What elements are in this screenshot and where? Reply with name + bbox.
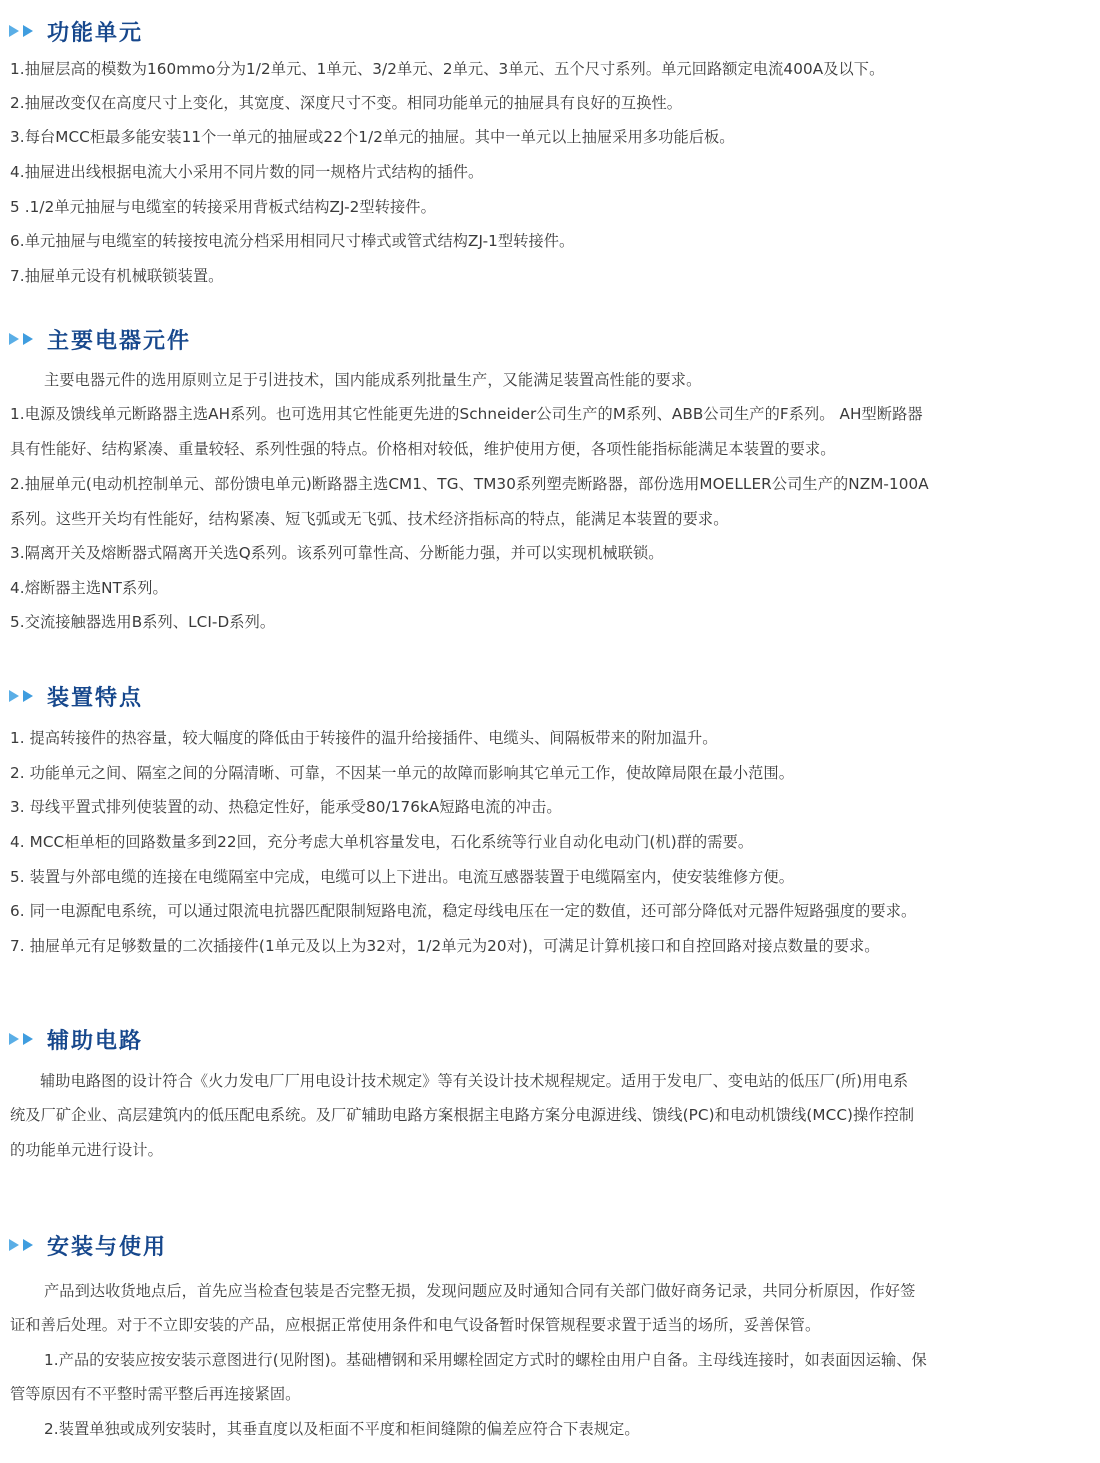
- paragraph-line: 2.抽屉改变仅在高度尺寸上变化，其宽度、深度尺寸不变。相同功能单元的抽屉具有良好…: [10, 93, 682, 113]
- paragraph-line: 证和善后处理。对于不立即安装的产品，应根据正常使用条件和电气设备暂时保管规程要求…: [10, 1315, 820, 1335]
- paragraph-line: 1.产品的安装应按安装示意图进行(见附图)。基础槽钢和采用螺栓固定方式时的螺栓由…: [44, 1350, 927, 1370]
- paragraph-line: 辅助电路图的设计符合《火力发电厂厂用电设计技术规定》等有关设计技术规程规定。适用…: [40, 1071, 908, 1091]
- section-heading: 装置特点: [0, 679, 1100, 713]
- paragraph-line: 统及厂矿企业、高层建筑内的低压配电系统。及厂矿辅助电路方案根据主电路方案分电源进…: [10, 1105, 914, 1125]
- paragraph-line: 5 .1/2单元抽屉与电缆室的转接采用背板式结构ZJ-2型转接件。: [10, 197, 436, 217]
- section-heading: 功能单元: [0, 14, 1100, 48]
- section-installation-usage: 安装与使用: [0, 1228, 1100, 1262]
- section-title: 功能单元: [47, 16, 143, 47]
- paragraph-line: 4.抽屉进出线根据电流大小采用不同片数的同一规格片式结构的插件。: [10, 162, 483, 182]
- paragraph-line: 4.熔断器主选NT系列。: [10, 578, 168, 598]
- double-arrow-icon: [9, 690, 37, 702]
- paragraph-line: 的功能单元进行设计。: [10, 1140, 163, 1160]
- paragraph-line: 7. 抽屉单元有足够数量的二次插接件(1单元及以上为32对，1/2单元为20对)…: [10, 936, 880, 956]
- paragraph-line: 产品到达收货地点后，首先应当检查包装是否完整无损，发现问题应及时通知合同有关部门…: [44, 1281, 915, 1301]
- paragraph-line: 6.单元抽屉与电缆室的转接按电流分档采用相同尺寸棒式或管式结构ZJ-1型转接件。: [10, 231, 574, 251]
- paragraph-line: 5.交流接触器选用B系列、LCI-D系列。: [10, 612, 275, 632]
- paragraph-line: 系列。这些开关均有性能好，结构紧凑、短飞弧或无飞弧、技术经济指标高的特点，能满足…: [10, 509, 729, 529]
- section-heading: 辅助电路: [0, 1022, 1100, 1056]
- paragraph-line: 7.抽屉单元设有机械联锁装置。: [10, 266, 223, 286]
- paragraph-line: 2. 功能单元之间、隔室之间的分隔清晰、可靠，不因某一单元的故障而影响其它单元工…: [10, 763, 794, 783]
- double-arrow-icon: [9, 333, 37, 345]
- paragraph-line: 1.抽屉层高的模数为160mmo分为1/2单元、1单元、3/2单元、2单元、3单…: [10, 59, 884, 79]
- paragraph-line: 1.电源及馈线单元断路器主选AH系列。也可选用其它性能更先进的Schneider…: [10, 404, 923, 424]
- section-title: 主要电器元件: [47, 324, 191, 355]
- section-functional-units: 功能单元: [0, 14, 1100, 48]
- section-device-features: 装置特点: [0, 679, 1100, 713]
- section-heading: 安装与使用: [0, 1228, 1100, 1262]
- double-arrow-icon: [9, 25, 37, 37]
- section-main-components: 主要电器元件: [0, 322, 1100, 356]
- section-title: 装置特点: [47, 681, 143, 712]
- paragraph-line: 3.隔离开关及熔断器式隔离开关选Q系列。该系列可靠性高、分断能力强，并可以实现机…: [10, 543, 664, 563]
- paragraph-line: 1. 提高转接件的热容量，较大幅度的降低由于转接件的温升给接插件、电缆头、间隔板…: [10, 728, 718, 748]
- paragraph-line: 2.抽屉单元(电动机控制单元、部份馈电单元)断路器主选CM1、TG、TM30系列…: [10, 474, 929, 494]
- paragraph-line: 2.装置单独或成列安装时，其垂直度以及柜面不平度和柜间缝隙的偏差应符合下表规定。: [44, 1419, 640, 1439]
- paragraph-line: 管等原因有不平整时需平整后再连接紧固。: [10, 1384, 300, 1404]
- paragraph-line: 5. 装置与外部电缆的连接在电缆隔室中完成，电缆可以上下进出。电流互感器装置于电…: [10, 867, 794, 887]
- section-heading: 主要电器元件: [0, 322, 1100, 356]
- section-title: 辅助电路: [47, 1024, 143, 1055]
- section-title: 安装与使用: [47, 1230, 167, 1261]
- double-arrow-icon: [9, 1239, 37, 1251]
- section-auxiliary-circuit: 辅助电路: [0, 1022, 1100, 1056]
- paragraph-line: 4. MCC柜单柜的回路数量多到22回，充分考虑大单机容量发电，石化系统等行业自…: [10, 832, 753, 852]
- paragraph-line: 3. 母线平置式排列使装置的动、热稳定性好，能承受80/176kA短路电流的冲击…: [10, 797, 562, 817]
- paragraph-line: 具有性能好、结构紧凑、重量较轻、系列性强的特点。价格相对较低，维护使用方便，各项…: [10, 439, 836, 459]
- paragraph-line: 3.每台MCC柜最多能安装11个一单元的抽屉或22个1/2单元的抽屉。其中一单元…: [10, 127, 735, 147]
- double-arrow-icon: [9, 1033, 37, 1045]
- paragraph-line: 6. 同一电源配电系统，可以通过限流电抗器匹配限制短路电流，稳定母线电压在一定的…: [10, 901, 916, 921]
- paragraph-line: 主要电器元件的选用原则立足于引进技术，国内能成系列批量生产，又能满足装置高性能的…: [44, 370, 701, 390]
